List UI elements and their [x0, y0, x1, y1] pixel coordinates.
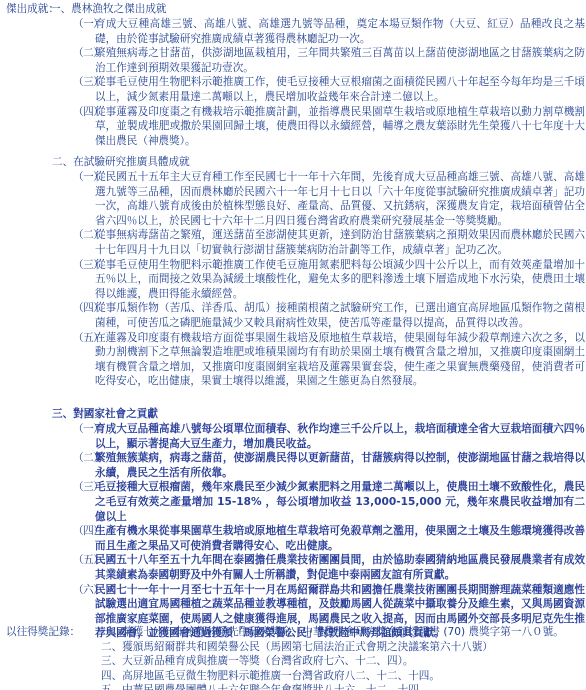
award-item: 三、大豆新品種育成與推廣一等獎（台灣省政府七六、十二、四）。 — [101, 654, 586, 669]
awards-list: 一、榮獲七十一年度鄭仲孚先生研究獎金（中華農學會研究獎金頒授證書 (70) 農獎… — [101, 625, 586, 690]
item-text: 民國五十八年至五十九年間在泰國擔任農業技術團團員間，由於協助泰國猜納地區農民發展… — [94, 553, 585, 582]
item-number: （三） — [73, 75, 94, 104]
awards-label: 以往得獎記錄： — [6, 625, 80, 640]
list-item: （四）從事蓮霧及印度棗之有機栽培示範推廣計劃，並指導農民果園草生栽培或原地植生草… — [73, 105, 585, 149]
item-text: 繁殖無病毒之甘藷苗，供澎湖地區栽植用，三年間共繁殖三百萬苗以上藷苗使澎湖地區之甘… — [94, 46, 585, 75]
list-item: （一）育成大豆品種高雄八號每公頃單位面積春、秋作均達三千公斤以上，栽培面積達全省… — [73, 422, 585, 451]
section-heading-contribution: 三、對國家社會之貢獻 — [52, 407, 158, 422]
list-item: （二）繁殖無簇葉病，病毒之藷苗，使澎湖農民得以更新藷苗，甘藷簇病得以控制，使澎湖… — [73, 451, 585, 480]
item-number: （一） — [73, 422, 94, 451]
list-item: （四）生產有機水果從事果園草生栽培或原地植生草栽培可免殺草劑之濫用，使果園之土壤… — [73, 524, 585, 553]
list-item: （五）在蓮霧及印度棗有機栽培方面從事果園生栽培及原地植生草栽培，使果園每年減少殺… — [73, 331, 585, 389]
item-number: （一） — [73, 170, 94, 228]
item-text: 繁殖無簇葉病，病毒之藷苗，使澎湖農民得以更新藷苗，甘藷簇病得以控制，使澎湖地區甘… — [94, 451, 585, 480]
item-text: 從事毛豆使用生物肥料示範推廣工作使毛豆施用氮素肥料每公頃減少四十公斤以上，而有效… — [94, 258, 585, 302]
item-text: 毛豆接種大豆根瘤菌，幾年來農民至少減少氮素肥料之用量達二萬噸以上，使農田土壤不致… — [94, 480, 585, 524]
item-text: 在蓮霧及印度棗有機栽培方面從事果園生栽培及原地植生草栽培，使果園每年減少殺草劑達… — [94, 331, 585, 389]
item-number: （五） — [73, 331, 94, 389]
item-text: 育成大豆種高雄三號、高雄八號、高雄選九號等品種，奠定本場豆類作物（大豆、紅豆）品… — [94, 17, 585, 46]
item-text: 從民國五十五年主大豆育種工作至民國七十一年十六年間，先後育成大豆品種高雄三號、高… — [94, 170, 585, 228]
list-item: （二）繁殖無病毒之甘藷苗，供澎湖地區栽植用，三年間共繁殖三百萬苗以上藷苗使澎湖地… — [73, 46, 585, 75]
award-item: 二、獲頒馬紹爾群共和國榮譽公民（馬國第七屆法治正式會期之決議案第六十八號） — [101, 640, 586, 655]
item-number: （四） — [73, 105, 94, 149]
item-number: （三） — [73, 258, 94, 302]
item-number: （三） — [73, 480, 94, 524]
item-text: 從事瓜類作物（苦瓜、洋香瓜、胡瓜）接種菌根菌之試驗研究工作，已選出適宜高屏地區瓜… — [94, 301, 585, 330]
award-item: 一、榮獲七十一年度鄭仲孚先生研究獎金（中華農學會研究獎金頒授證書 (70) 農獎… — [101, 625, 586, 640]
list-item: （三）從事毛豆使用生物肥料示範推廣工作，使毛豆接種大豆根瘤菌之面積從民國八十年起… — [73, 75, 585, 104]
section-heading-research: 二、在試驗研究推廣具體成就 — [52, 155, 190, 170]
item-number: （五） — [73, 553, 94, 582]
item-text: 育成大豆品種高雄八號每公頃單位面積春、秋作均達三千公斤以上，栽培面積達全省大豆栽… — [94, 422, 585, 451]
item-number: （二） — [73, 228, 94, 257]
list-item: （二）從事無病毒藷苗之繁殖，運送藷苗至澎湖使其更新，達到防治甘藷簇葉病之預期效果… — [73, 228, 585, 257]
item-number: （二） — [73, 451, 94, 480]
item-text: 從事毛豆使用生物肥料示範推廣工作，使毛豆接種大豆根瘤菌之面積從民國八十年起至今每… — [94, 75, 585, 104]
award-item: 四、高屏地區毛豆微生物肥料示範推廣一台灣省政府八二、十二、十四。 — [101, 669, 586, 684]
award-item: 五、中華民國農學團體八十六年聯合年會褒獎狀八十六、十二、十四。 — [101, 683, 586, 690]
list-item: （三）從事毛豆使用生物肥料示範推廣工作使毛豆施用氮素肥料每公頃減少四十公斤以上，… — [73, 258, 585, 302]
item-text: 生產有機水果從事果園草生栽培或原地植生草栽培可免殺草劑之濫用，使果園之土壤及生態… — [94, 524, 585, 553]
item-text: 從事蓮霧及印度棗之有機栽培示範推廣計劃，並指導農民果園草生栽培或原地植生草栽培以… — [94, 105, 585, 149]
list-item: （四）從事瓜類作物（苦瓜、洋香瓜、胡瓜）接種菌根菌之試驗研究工作，已選出適宜高屏… — [73, 301, 585, 330]
item-number: （四） — [73, 524, 94, 553]
section-heading-agriculture: 一、農林漁牧之傑出成就 — [50, 2, 167, 17]
section-items-agriculture: （一）育成大豆種高雄三號、高雄八號、高雄選九號等品種，奠定本場豆類作物（大豆、紅… — [73, 17, 585, 148]
list-item: （一）從民國五十五年主大豆育種工作至民國七十一年十六年間，先後育成大豆品種高雄三… — [73, 170, 585, 228]
item-number: （二） — [73, 46, 94, 75]
item-number: （四） — [73, 301, 94, 330]
item-text: 從事無病毒藷苗之繁殖，運送藷苗至澎湖使其更新，達到防治甘藷簇葉病之預期效果因而農… — [94, 228, 585, 257]
section-items-contribution: （一）育成大豆品種高雄八號每公頃單位面積春、秋作均達三千公斤以上，栽培面積達全省… — [73, 422, 585, 641]
list-item: （五）民國五十八年至五十九年間在泰國擔任農業技術團團員間，由於協助泰國猜納地區農… — [73, 553, 585, 582]
item-number: （一） — [73, 17, 94, 46]
section-items-research: （一）從民國五十五年主大豆育種工作至民國七十一年十六年間，先後育成大豆品種高雄三… — [73, 170, 585, 389]
list-item: （一）育成大豆種高雄三號、高雄八號、高雄選九號等品種，奠定本場豆類作物（大豆、紅… — [73, 17, 585, 46]
list-item: （三）毛豆接種大豆根瘤菌，幾年來農民至少減少氮素肥料之用量達二萬噸以上，使農田土… — [73, 480, 585, 524]
